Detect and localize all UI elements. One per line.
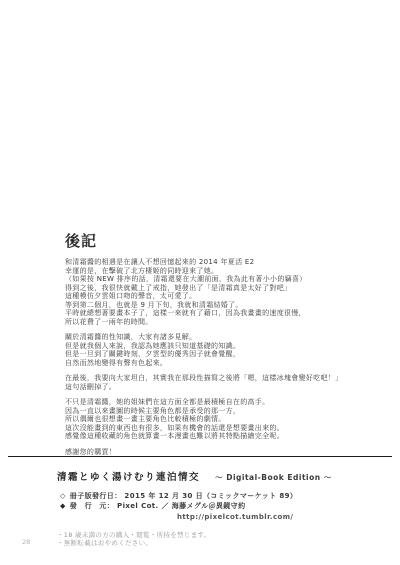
no-reproduction-notice: ・無断転載はおやめください。	[57, 539, 400, 547]
edition-label: ～ Digital-Book Edition ～	[215, 473, 332, 482]
body-text-line: 自然而然地變得有聲有色起來。	[65, 359, 372, 368]
body-text-line: 和清霜醬的相遇是在讓人不想回憶起來的 2014 年夏活 E2	[65, 258, 372, 267]
paragraph-2: 關於清霜醬的性知識，大家有諸多見解。 但是就我個人來說，我認為她應該只知道基礎的…	[65, 333, 372, 367]
body-text-line: 幸運的是，在擊破了北方棲姬的同時迎來了她。	[65, 267, 372, 276]
body-text-line: 但是一旦到了關鍵時刻，夕雲型的優秀因子就會覺醒，	[65, 350, 372, 359]
body-text-line: 等到第二個月，也就是 9 月下旬，我就和清霜結婚了。	[65, 301, 372, 310]
body-text-line: （如果按 NEW 排序的話，清霜還要在大潮前面，我為此有著小小的竊喜）	[65, 275, 372, 284]
website-url: http://pixelcot.tumblr.com/	[177, 512, 400, 522]
body-text-line: 因為一直以來畫圖的時候主要角色都是承受的那一方，	[65, 407, 372, 416]
body-text-line: 在最後，我要向大家坦白，其實我在那段性描寫之後將「嗯，這樣冰塊會變好吃吧！」	[65, 374, 372, 383]
paragraph-4: 不只是清霜醬，她的姐妹們在這方面全都是最積極自在的高手。 因為一直以來畫圖的時候…	[65, 398, 372, 441]
age-restriction-notice: ・18 歳未満の方の購入・閲覧・所持を禁じます。	[57, 531, 400, 539]
page-title: 後記	[65, 233, 372, 250]
body-text-line: 得到之後，我很快就戴上了戒指，她發出了「是清霜真是太好了對吧」	[65, 284, 372, 293]
book-title-row: 清霜とゆく湯けむり連泊情交 ～ Digital-Book Edition ～	[57, 465, 400, 484]
diamond-outline-icon: ◇	[60, 492, 66, 500]
body-text-line: 所以花費了一兩年的時間。	[65, 318, 372, 327]
body-text-line: 不只是清霜醬，她的姐妹們在這方面全都是最積極自在的高手。	[65, 398, 372, 407]
thanks-paragraph: 感謝您的購買！	[65, 448, 372, 457]
body-text-line: 平時就總想著要畫本子了，這樣一來就有了藉口，因為我畫畫的速度很慢，	[65, 309, 372, 318]
publish-date-row: ◇冊子版發行日： 2015 年 12 月 30 日（コミックマーケット 89）	[60, 491, 400, 501]
body-text-line: 這句話刪掉了。	[65, 383, 372, 392]
colophon-block: ◇冊子版發行日： 2015 年 12 月 30 日（コミックマーケット 89） …	[60, 491, 400, 522]
publish-date-text: 冊子版發行日： 2015 年 12 月 30 日（コミックマーケット 89）	[70, 492, 297, 500]
body-text-line: 所以偶爾也很想畫一畫主要角色比較積極的劇情。	[65, 415, 372, 424]
colophon-footer: 清霜とゆく湯けむり連泊情交 ～ Digital-Book Edition ～ ◇…	[0, 456, 400, 547]
thanks-line: 感謝您的購買！	[65, 448, 372, 457]
page-number: 28	[22, 538, 30, 546]
afterword-page: 後記 和清霜醬的相遇是在讓人不想回憶起來的 2014 年夏活 E2 幸運的是，在…	[0, 0, 400, 565]
publisher-text: 發 行 元： Pixel Cot. ／ 海藤メグル＠異鏡守約	[70, 502, 246, 510]
diamond-filled-icon: ◆	[60, 502, 66, 510]
body-text-line: 關於清霜醬的性知識，大家有諸多見解。	[65, 333, 372, 342]
body-text-line: 這種模仿夕雲姐口吻的聲音，太可愛了。	[65, 292, 372, 301]
divider-line	[8, 456, 392, 457]
paragraph-1: 和清霜醬的相遇是在讓人不想回憶起來的 2014 年夏活 E2 幸運的是，在擊破了…	[65, 258, 372, 326]
body-text-line: 這次沒能畫到的東西也有很多，如果有機會的話還是想要畫出來的。	[65, 424, 372, 433]
body-text-line: 但是就我個人來說，我認為她應該只知道基礎的知識。	[65, 342, 372, 351]
legal-notices: ・18 歳未満の方の購入・閲覧・所持を禁じます。 ・無断転載はおやめください。	[57, 531, 400, 547]
book-title: 清霜とゆく湯けむり連泊情交	[57, 472, 200, 483]
paragraph-3: 在最後，我要向大家坦白，其實我在那段性描寫之後將「嗯，這樣冰塊會變好吃吧！」 這…	[65, 374, 372, 391]
body-text-line: 感覺像這種收藏的角色就算畫一本漫畫也難以將其特點描繪完全呢。	[65, 432, 372, 441]
afterword-content: 後記 和清霜醬的相遇是在讓人不想回憶起來的 2014 年夏活 E2 幸運的是，在…	[65, 233, 372, 456]
publisher-row: ◆發 行 元： Pixel Cot. ／ 海藤メグル＠異鏡守約	[60, 501, 400, 511]
